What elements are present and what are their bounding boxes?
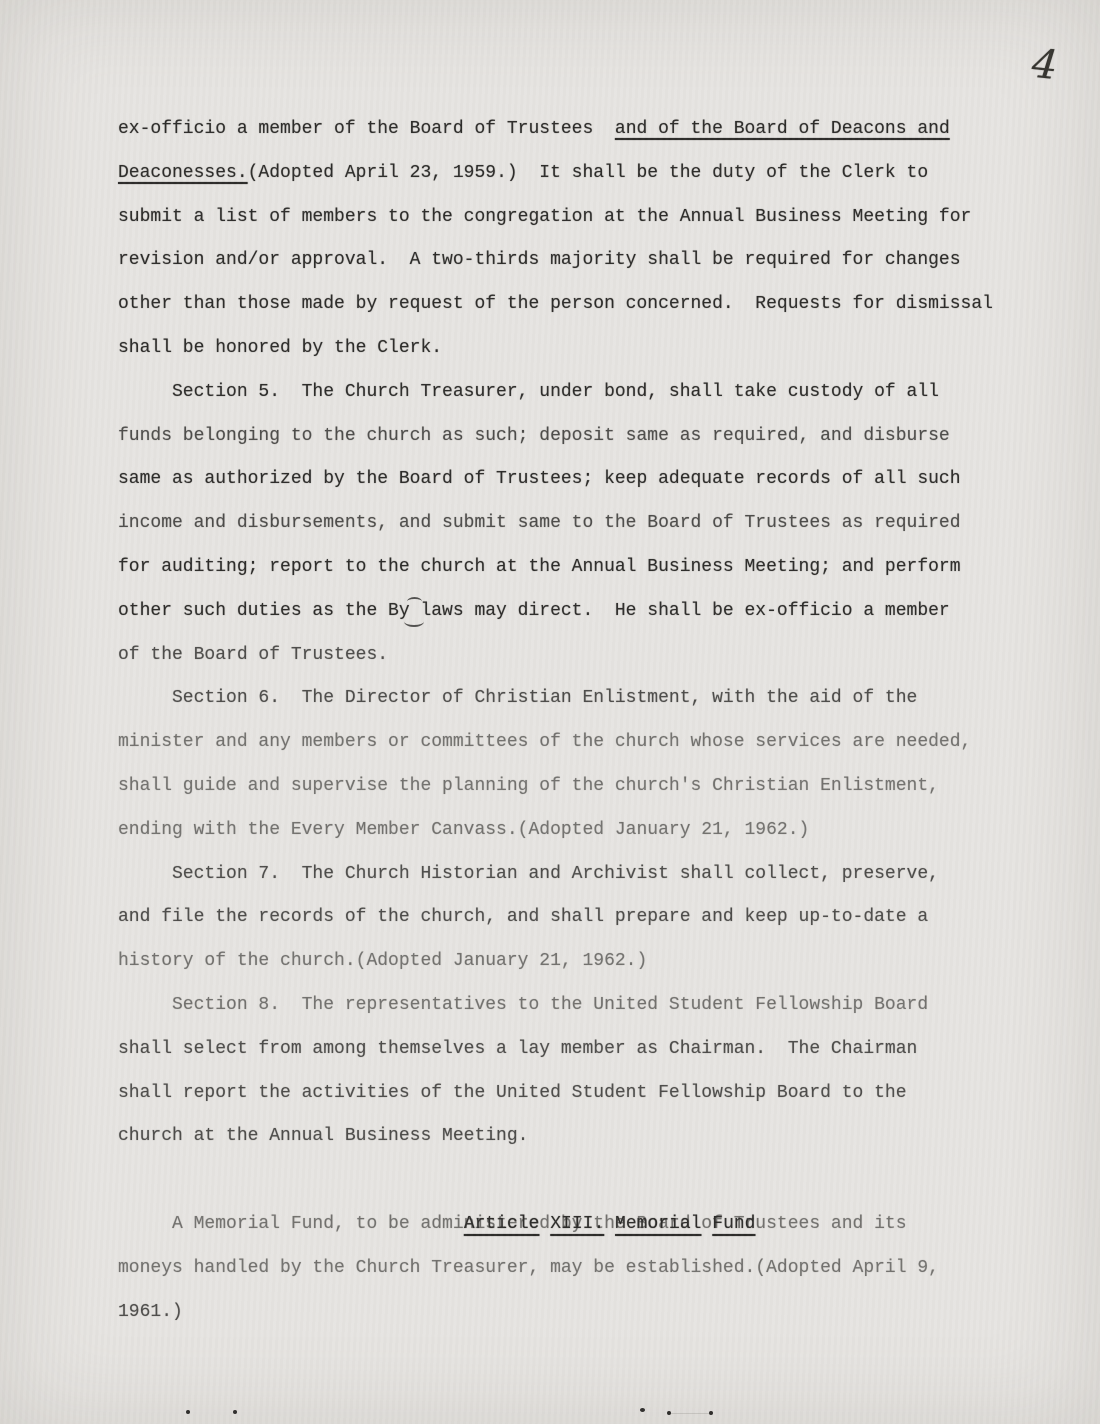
text-line: moneys handled by the Church Treasurer, … <box>118 1247 1030 1291</box>
text-segment: Section 6. The Director of Christian Enl… <box>118 688 917 708</box>
text-line: Deaconesses.(Adopted April 23, 1959.) It… <box>118 152 1030 196</box>
paragraph-clerk-duties: ex-officio a member of the Board of Trus… <box>118 108 1030 371</box>
close-up-mark-top-icon <box>407 597 422 606</box>
text-segment: of the Board of Trustees. <box>118 645 388 665</box>
text-segment: 1961.) <box>118 1302 183 1322</box>
text-segment: ex-officio a member of the Board of Trus… <box>118 119 615 139</box>
text-segment: shall select from among themselves a lay… <box>118 1039 917 1059</box>
ink-speck <box>186 1410 190 1414</box>
text-line: 1961.) <box>118 1291 1030 1335</box>
text-segment: other such duties as the By laws may dir… <box>118 601 950 621</box>
text-line: minister and any members or committees o… <box>118 721 1030 765</box>
text-segment: shall report the activities of the Unite… <box>118 1083 907 1103</box>
paragraph-section-6: Section 6. The Director of Christian Enl… <box>118 677 1030 852</box>
text-line: shall select from among themselves a lay… <box>118 1028 1030 1072</box>
text-segment: moneys handled by the Church Treasurer, … <box>118 1258 939 1278</box>
text-line: shall be honored by the Clerk. <box>118 327 1030 371</box>
text-segment: ending with the Every Member Canvass.(Ad… <box>118 820 809 840</box>
text-line: funds belonging to the church as such; d… <box>118 415 1030 459</box>
underlined-phrase: Deaconesses. <box>118 163 248 183</box>
paragraph-section-5: Section 5. The Church Treasurer, under b… <box>118 371 1030 678</box>
ink-speck <box>709 1411 713 1415</box>
paragraph-section-7: Section 7. The Church Historian and Arch… <box>118 853 1030 984</box>
text-line: shall report the activities of the Unite… <box>118 1072 1030 1116</box>
document-page: 4 ex-officio a member of the Board of Tr… <box>0 0 1100 1424</box>
underlined-phrase: and of the Board of Deacons and <box>615 119 950 139</box>
text-line: Section 6. The Director of Christian Enl… <box>118 677 1030 721</box>
text-segment: shall be honored by the Clerk. <box>118 338 442 358</box>
text-line: church at the Annual Business Meeting. <box>118 1115 1030 1159</box>
text-segment: Section 7. The Church Historian and Arch… <box>118 864 939 884</box>
text-line: history of the church.(Adopted January 2… <box>118 940 1030 984</box>
text-segment: A Memorial Fund, to be administered by t… <box>118 1214 907 1234</box>
text-segment: church at the Annual Business Meeting. <box>118 1126 528 1146</box>
text-line: Section 5. The Church Treasurer, under b… <box>118 371 1030 415</box>
paragraph-memorial-fund: A Memorial Fund, to be administered by t… <box>118 1203 1030 1334</box>
text-line: Section 7. The Church Historian and Arch… <box>118 853 1030 897</box>
text-segment: (Adopted April 23, 1959.) It shall be th… <box>248 163 929 183</box>
article-heading: ArticleXIII.MemorialFund <box>118 1159 1030 1203</box>
text-segment: history of the church.(Adopted January 2… <box>118 951 647 971</box>
text-line: Section 8. The representatives to the Un… <box>118 984 1030 1028</box>
text-line: for auditing; report to the church at th… <box>118 546 1030 590</box>
text-line: revision and/or approval. A two-thirds m… <box>118 239 1030 283</box>
text-segment: and file the records of the church, and … <box>118 907 928 927</box>
ink-speck <box>233 1410 237 1414</box>
text-segment: Section 8. The representatives to the Un… <box>118 995 928 1015</box>
scan-artifact-line <box>671 1413 709 1414</box>
text-segment: shall guide and supervise the planning o… <box>118 776 939 796</box>
text-line: A Memorial Fund, to be administered by t… <box>118 1203 1030 1247</box>
text-line: other than those made by request of the … <box>118 283 1030 327</box>
text-line: ending with the Every Member Canvass.(Ad… <box>118 809 1030 853</box>
text-line: other such duties as the By laws may dir… <box>118 590 1030 634</box>
text-segment: same as authorized by the Board of Trust… <box>118 469 961 489</box>
text-line: same as authorized by the Board of Trust… <box>118 458 1030 502</box>
text-line: shall guide and supervise the planning o… <box>118 765 1030 809</box>
text-segment: Section 5. The Church Treasurer, under b… <box>118 382 939 402</box>
text-segment: other than those made by request of the … <box>118 294 993 314</box>
text-segment: revision and/or approval. A two-thirds m… <box>118 250 961 270</box>
ink-speck <box>640 1408 645 1412</box>
text-line: ex-officio a member of the Board of Trus… <box>118 108 1030 152</box>
text-segment: minister and any members or committees o… <box>118 732 971 752</box>
paragraph-section-8: Section 8. The representatives to the Un… <box>118 984 1030 1159</box>
text-segment: for auditing; report to the church at th… <box>118 557 961 577</box>
text-line: submit a list of members to the congrega… <box>118 196 1030 240</box>
handwritten-page-number: 4 <box>1030 41 1060 89</box>
document-text: ex-officio a member of the Board of Trus… <box>118 108 1030 1334</box>
text-line: of the Board of Trustees. <box>118 634 1030 678</box>
text-line: income and disbursements, and submit sam… <box>118 502 1030 546</box>
text-line: and file the records of the church, and … <box>118 896 1030 940</box>
close-up-mark-bottom-icon <box>404 616 424 627</box>
text-segment: submit a list of members to the congrega… <box>118 207 971 227</box>
text-segment: funds belonging to the church as such; d… <box>118 426 950 446</box>
text-segment: income and disbursements, and submit sam… <box>118 513 961 533</box>
